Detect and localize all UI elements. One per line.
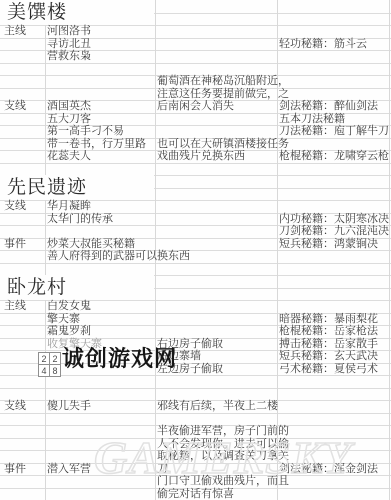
reward-cell: 枪棍秘籍：岳家枪法 <box>279 325 378 338</box>
quest-cell: 白发女鬼 <box>47 300 91 313</box>
label-cell: 支线 <box>4 200 26 213</box>
site-watermark: 诚创游戏网 <box>62 346 177 372</box>
label-cell: 支线 <box>4 400 26 413</box>
quest-cell: 华月凝眸 <box>47 200 91 213</box>
label-cell: 主线 <box>4 25 26 38</box>
quest-cell: 潜入军营 <box>47 463 91 476</box>
quest-cell: 河图洛书 <box>47 25 91 38</box>
section-title: 美馔楼 <box>7 0 387 25</box>
grid-hline <box>0 413 391 414</box>
reward-cell: 弓术秘籍：夏侯弓术 <box>279 363 378 376</box>
quest-cell: 霜鬼罗刹 <box>47 325 91 338</box>
section-title: 卧龙村 <box>7 275 387 300</box>
grid-hline <box>0 388 391 389</box>
quest-cell: 酒国英杰 <box>47 100 91 113</box>
note-cell: 邪线有后续，半夜上二楼 <box>157 400 278 413</box>
note-cell: 戏曲残片兑换东西 <box>157 150 245 163</box>
reward-cell: 刀剑秘籍：九六混沌决 <box>279 225 389 238</box>
quest-cell: 傻儿失手 <box>47 400 91 413</box>
reward-cell: 剑法秘籍：醉仙剑法 <box>279 100 378 113</box>
label-cell: 主线 <box>4 300 26 313</box>
note-cell: 半夜偷进军营，房子门前的 <box>157 425 289 438</box>
reward-cell: 短兵秘籍：玄天武决 <box>279 350 378 363</box>
section-title: 先民遗迹 <box>7 175 387 200</box>
reward-cell: 枪棍秘籍：龙啸穿云枪 <box>279 150 389 163</box>
label-cell: 事件 <box>4 238 26 251</box>
grid-hline <box>0 63 391 64</box>
answer-number-cell: 4 <box>39 365 50 377</box>
quest-cell: 营救东枭 <box>47 50 91 63</box>
quest-cell: 第一高手刁不易 <box>47 125 124 138</box>
note-cell: 门口守卫偷戏曲残片，而且 <box>157 475 289 488</box>
grid-vline <box>389 0 390 500</box>
spreadsheet-screenshot: 美馔楼先民遗迹卧龙村主线河图洛书寻访北丑轻功秘籍：筋斗云营救东枭葡萄酒在神秘岛沉… <box>0 0 391 500</box>
answer-number-grid: 2248 <box>38 352 61 377</box>
grid-vline <box>45 0 46 500</box>
label-cell: 支线 <box>4 100 26 113</box>
note-cell: 取秘籍，以及调查关刀拿关 <box>157 450 289 463</box>
answer-number-cell: 2 <box>50 353 61 365</box>
answer-number-cell: 8 <box>50 365 61 377</box>
reward-cell: 短兵秘籍：鸿蒙锏决 <box>279 238 378 251</box>
note-cell: 偷完对话有惊喜 <box>157 488 234 500</box>
answer-number-cell: 2 <box>39 353 50 365</box>
quest-cell: 太华门的传承 <box>47 213 113 226</box>
quest-cell: 善人府得到的武器可以换东西 <box>47 250 190 263</box>
reward-cell: 剑法秘籍：浑金剑法 <box>279 463 378 476</box>
note-cell: 后南闲会人消失 <box>157 100 234 113</box>
grid-hline <box>0 163 391 164</box>
note-cell: 葡萄酒在神秘岛沉船附近， <box>157 75 289 88</box>
reward-cell: 刀法秘籍：庖丁解牛刀 <box>279 125 389 138</box>
reward-cell: 轻功秘籍：筋斗云 <box>279 38 367 51</box>
quest-cell: 花蕊夫人 <box>47 150 91 163</box>
grid-hline <box>0 263 391 264</box>
label-cell: 事件 <box>4 463 26 476</box>
